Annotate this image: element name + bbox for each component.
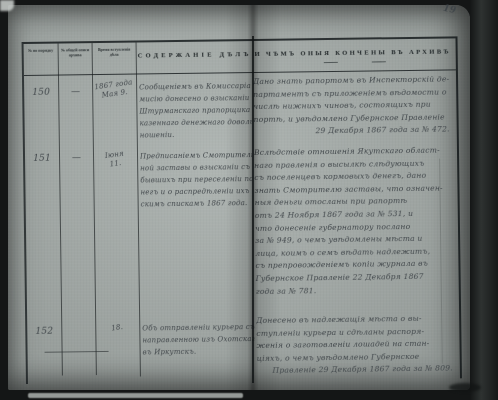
header-title-right: И ЧѢМЪ ОНЫЯ КОНЧЕНЫ ВЪ АРХИВѢ [254,48,452,58]
entry-date: 18. [96,321,139,336]
header-col-opis: № общей описи архива [60,48,91,58]
corner-smudge [449,383,481,392]
entry-text-right: Вслѣдствіе отношенія Якутскаго област-на… [254,144,456,298]
book-page-spread: 19 № по порядку № общей описи архива Вре… [8,5,470,390]
entry-opis: — [59,87,92,97]
handwriting-line: 18. [96,321,139,336]
entry-number: 152 [28,327,60,337]
header-col-date: Время вступленія дѣла [94,48,135,58]
entry-text-right: Донесено въ надлежащія мѣста о вы-ступле… [256,312,457,378]
header-col-number: № по порядку [25,49,57,54]
corner-light-patch [0,0,14,11]
handwriting-line: съ препровожденіемъ копіи журнала въ [255,258,455,273]
entry-date: 1867 годаМая 9. [92,78,136,101]
entry-opis: — [60,153,93,163]
handwriting-line: Правленіе 29 Декабря 1867 года за № 809. [257,363,457,378]
header-underline [372,61,386,62]
page-number: 19 [442,4,457,16]
entry-number: 150 [25,88,57,98]
book-edge-right [470,0,498,400]
header-underline [324,62,338,63]
entry-date: Іюня11. [93,148,137,171]
gutter-fold-line [252,36,254,383]
page-edges-bottom [28,393,243,398]
entry-number: 151 [26,154,58,164]
entry-text-right: Дано знать рапортомъ въ Инспекторскій де… [253,73,454,139]
scanned-register-photo: 19 № по порядку № общей описи архива Вре… [0,0,498,400]
entry-flourish-rule [45,351,109,353]
handwriting-line: 29 Декабря 1867 года за № 472. [254,124,454,139]
handwriting-line: года за № 781. [256,283,456,298]
handwriting-line: женія о заготовленіи лошадей на стан- [256,338,456,353]
